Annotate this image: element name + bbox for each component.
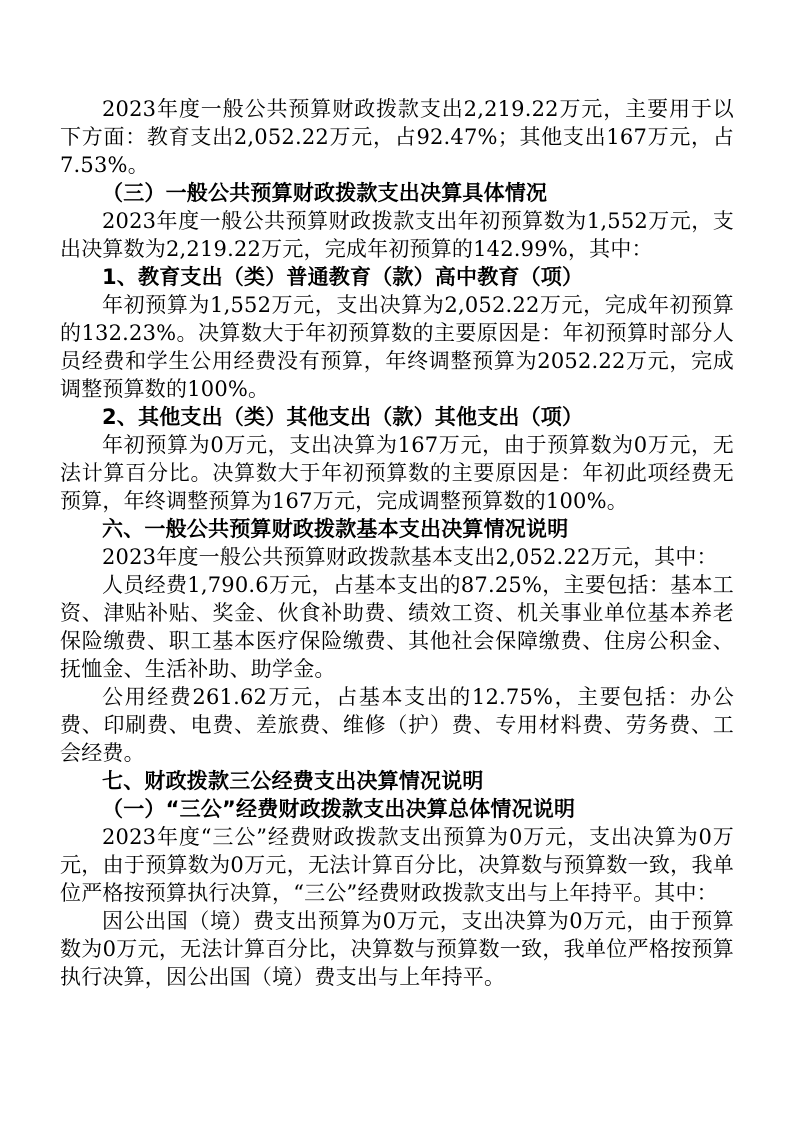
- heading-section-six: 六、一般公共预算财政拨款基本支出决算情况说明: [60, 515, 734, 543]
- paragraph-basic-expenditure-total: 2023年度一般公共预算财政拨款基本支出2,052.22万元，其中：: [60, 543, 734, 571]
- paragraph-general-budget-overview: 2023年度一般公共预算财政拨款支出2,219.22万元，主要用于以下方面：教育…: [60, 95, 734, 179]
- paragraph-budget-vs-final-accounts: 2023年度一般公共预算财政拨款支出年初预算数为1,552万元，支出决算数为2,…: [60, 207, 734, 263]
- document-body: 2023年度一般公共预算财政拨款支出2,219.22万元，主要用于以下方面：教育…: [60, 95, 734, 991]
- heading-section-three: （三）一般公共预算财政拨款支出决算具体情况: [60, 179, 734, 207]
- heading-education-expenditure-item: 1、教育支出（类）普通教育（款）高中教育（项）: [60, 263, 734, 291]
- paragraph-personnel-expenses: 人员经费1,790.6万元，占基本支出的87.25%，主要包括：基本工资、津贴补…: [60, 571, 734, 683]
- paragraph-overseas-trip-expenses: 因公出国（境）费支出预算为0万元，支出决算为0万元，由于预算数为0万元，无法计算…: [60, 907, 734, 991]
- document-page: 2023年度一般公共预算财政拨款支出2,219.22万元，主要用于以下方面：教育…: [0, 0, 793, 1122]
- paragraph-public-operating-expenses: 公用经费261.62万元，占基本支出的12.75%，主要包括：办公费、印刷费、电…: [60, 683, 734, 767]
- heading-subsection-one: （一）“三公”经费财政拨款支出决算总体情况说明: [60, 795, 734, 823]
- paragraph-other-expenditure-detail: 年初预算为0万元，支出决算为167万元，由于预算数为0万元，无法计算百分比。决算…: [60, 431, 734, 515]
- heading-section-seven: 七、财政拨款三公经费支出决算情况说明: [60, 767, 734, 795]
- paragraph-education-expenditure-detail: 年初预算为1,552万元，支出决算为2,052.22万元，完成年初预算的132.…: [60, 291, 734, 403]
- paragraph-three-public-funds-overview: 2023年度“三公”经费财政拨款支出预算为0万元，支出决算为0万元，由于预算数为…: [60, 823, 734, 907]
- heading-other-expenditure-item: 2、其他支出（类）其他支出（款）其他支出（项）: [60, 403, 734, 431]
